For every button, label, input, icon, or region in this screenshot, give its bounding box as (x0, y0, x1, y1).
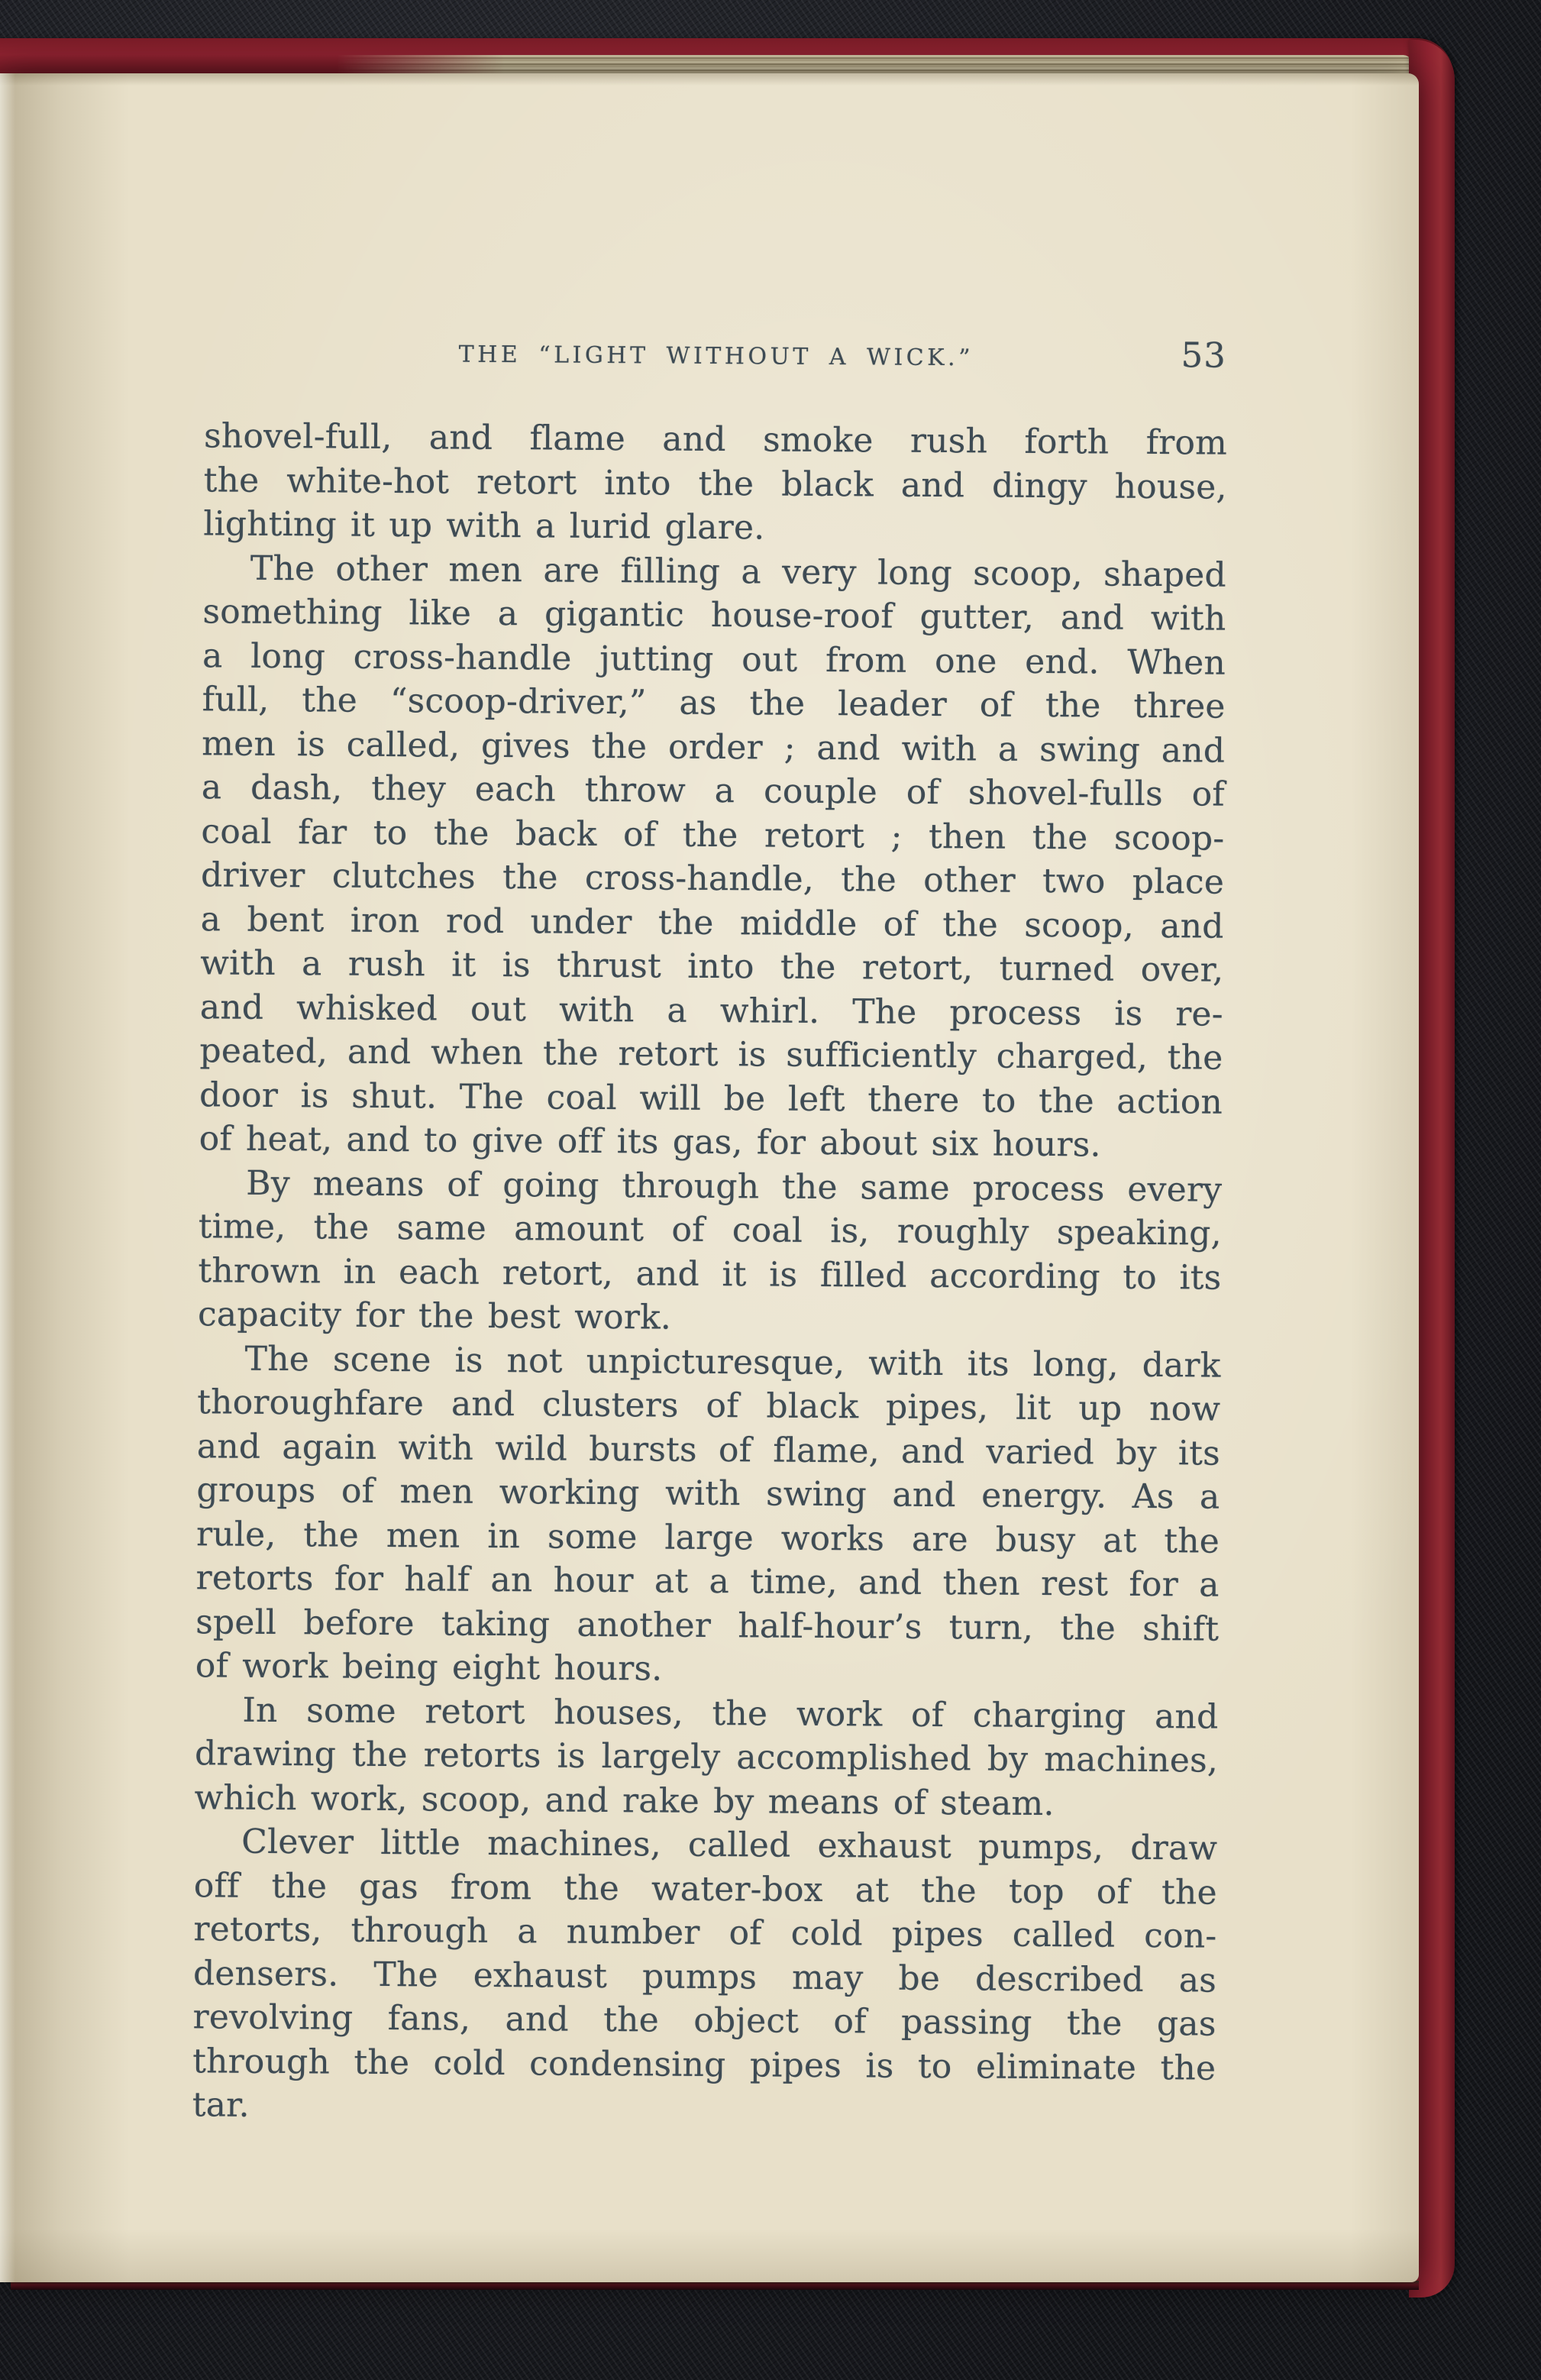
text-line: densers. The exhaust pumps may be descri… (193, 1952, 1216, 2003)
paragraph: By means of going through the same proce… (198, 1161, 1223, 1344)
text-line: In some retort houses, the work of charg… (195, 1688, 1218, 1739)
text-line: rule, the men in some large works are bu… (196, 1512, 1220, 1563)
text-line: and again with wild bursts of flame, and… (197, 1424, 1220, 1476)
text-line: a bent iron rod under the middle of the … (200, 897, 1223, 949)
text-line: something like a gigantic house-roof gut… (202, 590, 1226, 641)
text-line: driver clutches the cross-handle, the ot… (201, 853, 1224, 904)
text-line: time, the same amount of coal is, roughl… (199, 1205, 1222, 1256)
text-line: the white-hot retort into the black and … (203, 458, 1226, 509)
page-title: THE “LIGHT WITHOUT A WICK.” (205, 335, 1228, 377)
text-line: Clever little machines, called exhaust p… (194, 1819, 1217, 1871)
text-block-body: shovel-full, and flame and smoke rush fo… (192, 414, 1228, 2134)
text-line: retorts for half an hour at a time, and … (195, 1556, 1219, 1607)
book-page: THE “LIGHT WITHOUT A WICK.” 53 shovel-fu… (0, 73, 1419, 2282)
text-line: shovel-full, and flame and smoke rush fo… (204, 414, 1227, 465)
text-line: with a rush it is thrust into the retort… (200, 941, 1223, 992)
text-line: tar. (192, 2083, 1216, 2134)
text-line: By means of going through the same proce… (199, 1161, 1222, 1212)
text-line: The scene is not unpicturesque, with its… (197, 1337, 1220, 1388)
text-line: of work being eight hours. (195, 1644, 1219, 1695)
paragraph: Clever little machines, called exhaust p… (192, 1819, 1218, 2134)
text-line: groups of men working with swing and ene… (196, 1468, 1220, 1519)
running-header: THE “LIGHT WITHOUT A WICK.” 53 (205, 335, 1228, 377)
text-line: drawing the retorts is largely accomplis… (195, 1732, 1218, 1783)
text-line: The other men are filling a very long sc… (203, 546, 1226, 597)
paragraph: In some retort houses, the work of charg… (194, 1688, 1218, 1827)
page-number: 53 (1181, 338, 1226, 373)
text-line: thoroughfare and clusters of black pipes… (197, 1380, 1220, 1431)
text-line: door is shut. The coal will be left ther… (199, 1073, 1223, 1124)
text-line: peated, and when the retort is sufficien… (199, 1029, 1223, 1080)
text-line: a long cross-handle jutting out from one… (202, 634, 1226, 685)
book-photo: { "book_page": { "header": { "title": "T… (0, 0, 1541, 2380)
text-line: of heat, and to give off its gas, for ab… (199, 1117, 1222, 1168)
text-line: retorts, through a number of cold pipes … (193, 1907, 1216, 1958)
paragraph: shovel-full, and flame and smoke rush fo… (203, 414, 1227, 553)
paragraph: The scene is not unpicturesque, with its… (195, 1337, 1221, 1695)
text-line: off the gas from the water-box at the to… (194, 1864, 1217, 1915)
paragraph: The other men are filling a very long sc… (199, 546, 1226, 1168)
text-line: through the cold condensing pipes is to … (192, 2039, 1216, 2091)
text-line: and whisked out with a whirl. The proces… (200, 985, 1223, 1036)
text-line: revolving fans, and the object of passin… (192, 1995, 1216, 2046)
text-line: spell before taking another half-hour’s … (195, 1600, 1219, 1651)
text-line: lighting it up with a lurid glare. (203, 502, 1226, 553)
text-line: coal far to the back of the retort ; the… (201, 810, 1224, 861)
text-line: men is called, gives the order ; and wit… (202, 722, 1225, 773)
text-line: capacity for the best work. (198, 1292, 1221, 1344)
text-line: thrown in each retort, and it is filled … (198, 1249, 1221, 1300)
text-line: a dash, they each throw a couple of shov… (202, 765, 1225, 817)
text-line: which work, scoop, and rake by means of … (194, 1776, 1217, 1827)
text-line: full, the “scoop-driver,” as the leader … (202, 677, 1225, 729)
text-block: THE “LIGHT WITHOUT A WICK.” 53 shovel-fu… (192, 335, 1228, 2134)
